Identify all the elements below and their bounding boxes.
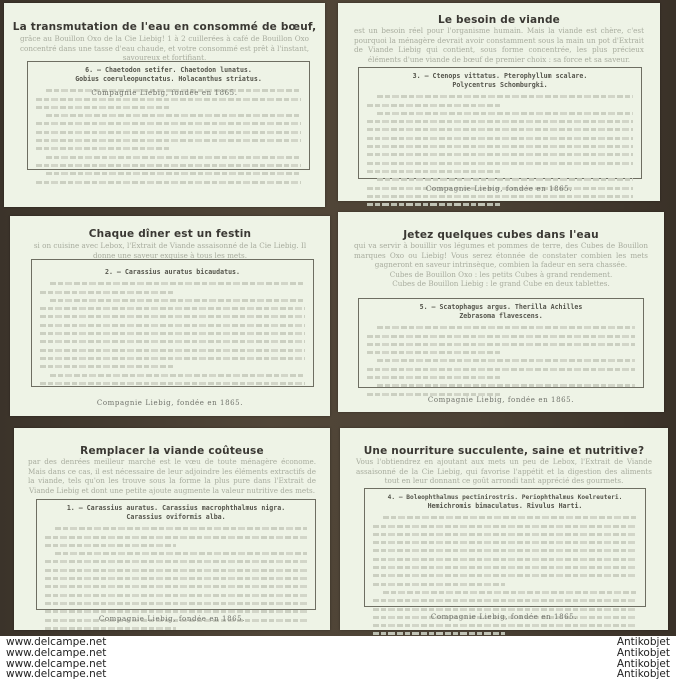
species-box: 5. – Scatophagus argus. Therilla Achille… — [358, 298, 644, 388]
trade-card-4: Une nourriture succulente, saine et nutr… — [340, 428, 668, 630]
species-box: 2. – Carassius auratus bicaudatus. — [31, 259, 314, 387]
trade-card-5: Jetez quelques cubes dans l'eau qui va s… — [338, 212, 664, 412]
card-title: Le besoin de viande — [338, 3, 660, 26]
card-footer: Compagnie Liebig, fondée en 1865. — [4, 89, 325, 97]
card-intro: est un besoin réel pour l'organisme huma… — [338, 26, 660, 64]
species-line: 5. – Scatophagus argus. Therilla Achille… — [365, 303, 637, 312]
card-intro: Vous l'obtiendrez en ajoutant aux mets u… — [340, 457, 668, 486]
watermark-right: Antikobjet Antikobjet Antikobjet Antikob… — [617, 637, 670, 680]
trade-card-1: Remplacer la viande coûteuse par des den… — [14, 428, 330, 630]
card-intro: si on cuisine avec Lebox, l'Extrait de V… — [10, 240, 330, 260]
card-footer: Compagnie Liebig, fondée en 1865. — [338, 396, 664, 404]
card-title: La transmutation de l'eau en consommé de… — [4, 3, 325, 33]
card-footer: Compagnie Liebig, fondée en 1865. — [10, 399, 330, 407]
card-intro-extra: Cubes de Bouillon Liebig : le grand Cube… — [338, 279, 664, 289]
species-line: 1. – Carassius auratus. Carassius macrop… — [43, 504, 309, 513]
watermark-left: www.delcampe.net www.delcampe.net www.de… — [6, 637, 106, 680]
species-line: Gobius coeruleopunctatus. Holacanthus st… — [34, 75, 303, 84]
trade-card-2: Chaque dîner est un festin si on cuisine… — [10, 216, 330, 416]
trade-card-6: La transmutation de l'eau en consommé de… — [4, 3, 325, 207]
card-footer: Compagnie Liebig, fondée en 1865. — [340, 613, 668, 621]
card-title: Chaque dîner est un festin — [10, 216, 330, 240]
trade-card-3: Le besoin de viande est un besoin réel p… — [338, 3, 660, 201]
card-intro: par des denrées meilleur marché est le v… — [14, 457, 330, 495]
species-line: 4. – Boleophthalmus pectinirostris. Peri… — [371, 493, 639, 502]
species-line: Polycentrus Schomburgki. — [365, 81, 635, 90]
watermark-site: www.delcampe.net — [6, 669, 106, 680]
card-title: Une nourriture succulente, saine et nutr… — [340, 428, 668, 457]
card-title: Jetez quelques cubes dans l'eau — [338, 212, 664, 241]
card-intro-extra: Cubes de Bouillon Oxo : les petits Cubes… — [338, 270, 664, 280]
card-footer: Compagnie Liebig, fondée en 1865. — [338, 185, 660, 193]
watermark-site: www.delcampe.net — [6, 648, 106, 659]
description-text — [34, 89, 303, 183]
species-box: 6. – Chaetodon setifer. Chaetodon lunatu… — [27, 61, 310, 170]
species-box: 1. – Carassius auratus. Carassius macrop… — [36, 499, 316, 610]
species-line: Zebrasoma flavescens. — [365, 312, 637, 321]
card-footer: Compagnie Liebig, fondée en 1865. — [14, 615, 330, 623]
species-line: Carassius oviformis alba. — [43, 513, 309, 522]
description-text — [365, 326, 637, 395]
card-intro: qui va servir à bouillir vos légumes et … — [338, 241, 664, 270]
species-line: 6. – Chaetodon setifer. Chaetodon lunatu… — [34, 66, 303, 75]
species-box: 4. – Boleophthalmus pectinirostris. Peri… — [364, 488, 646, 607]
species-line: 2. – Carassius auratus bicaudatus. — [38, 268, 307, 277]
species-line: 3. – Ctenops vittatus. Pterophyllum scal… — [365, 72, 635, 81]
watermark-seller: Antikobjet — [617, 669, 670, 680]
description-text — [38, 282, 307, 385]
watermark-seller: Antikobjet — [617, 648, 670, 659]
species-box: 3. – Ctenops vittatus. Pterophyllum scal… — [358, 67, 642, 179]
card-title: Remplacer la viande coûteuse — [14, 428, 330, 457]
card-intro: grâce au Bouillon Oxo de la Cie Liebig! … — [4, 33, 325, 63]
species-line: Hemichromis bimaculatus. Rivulus Harti. — [371, 502, 639, 511]
